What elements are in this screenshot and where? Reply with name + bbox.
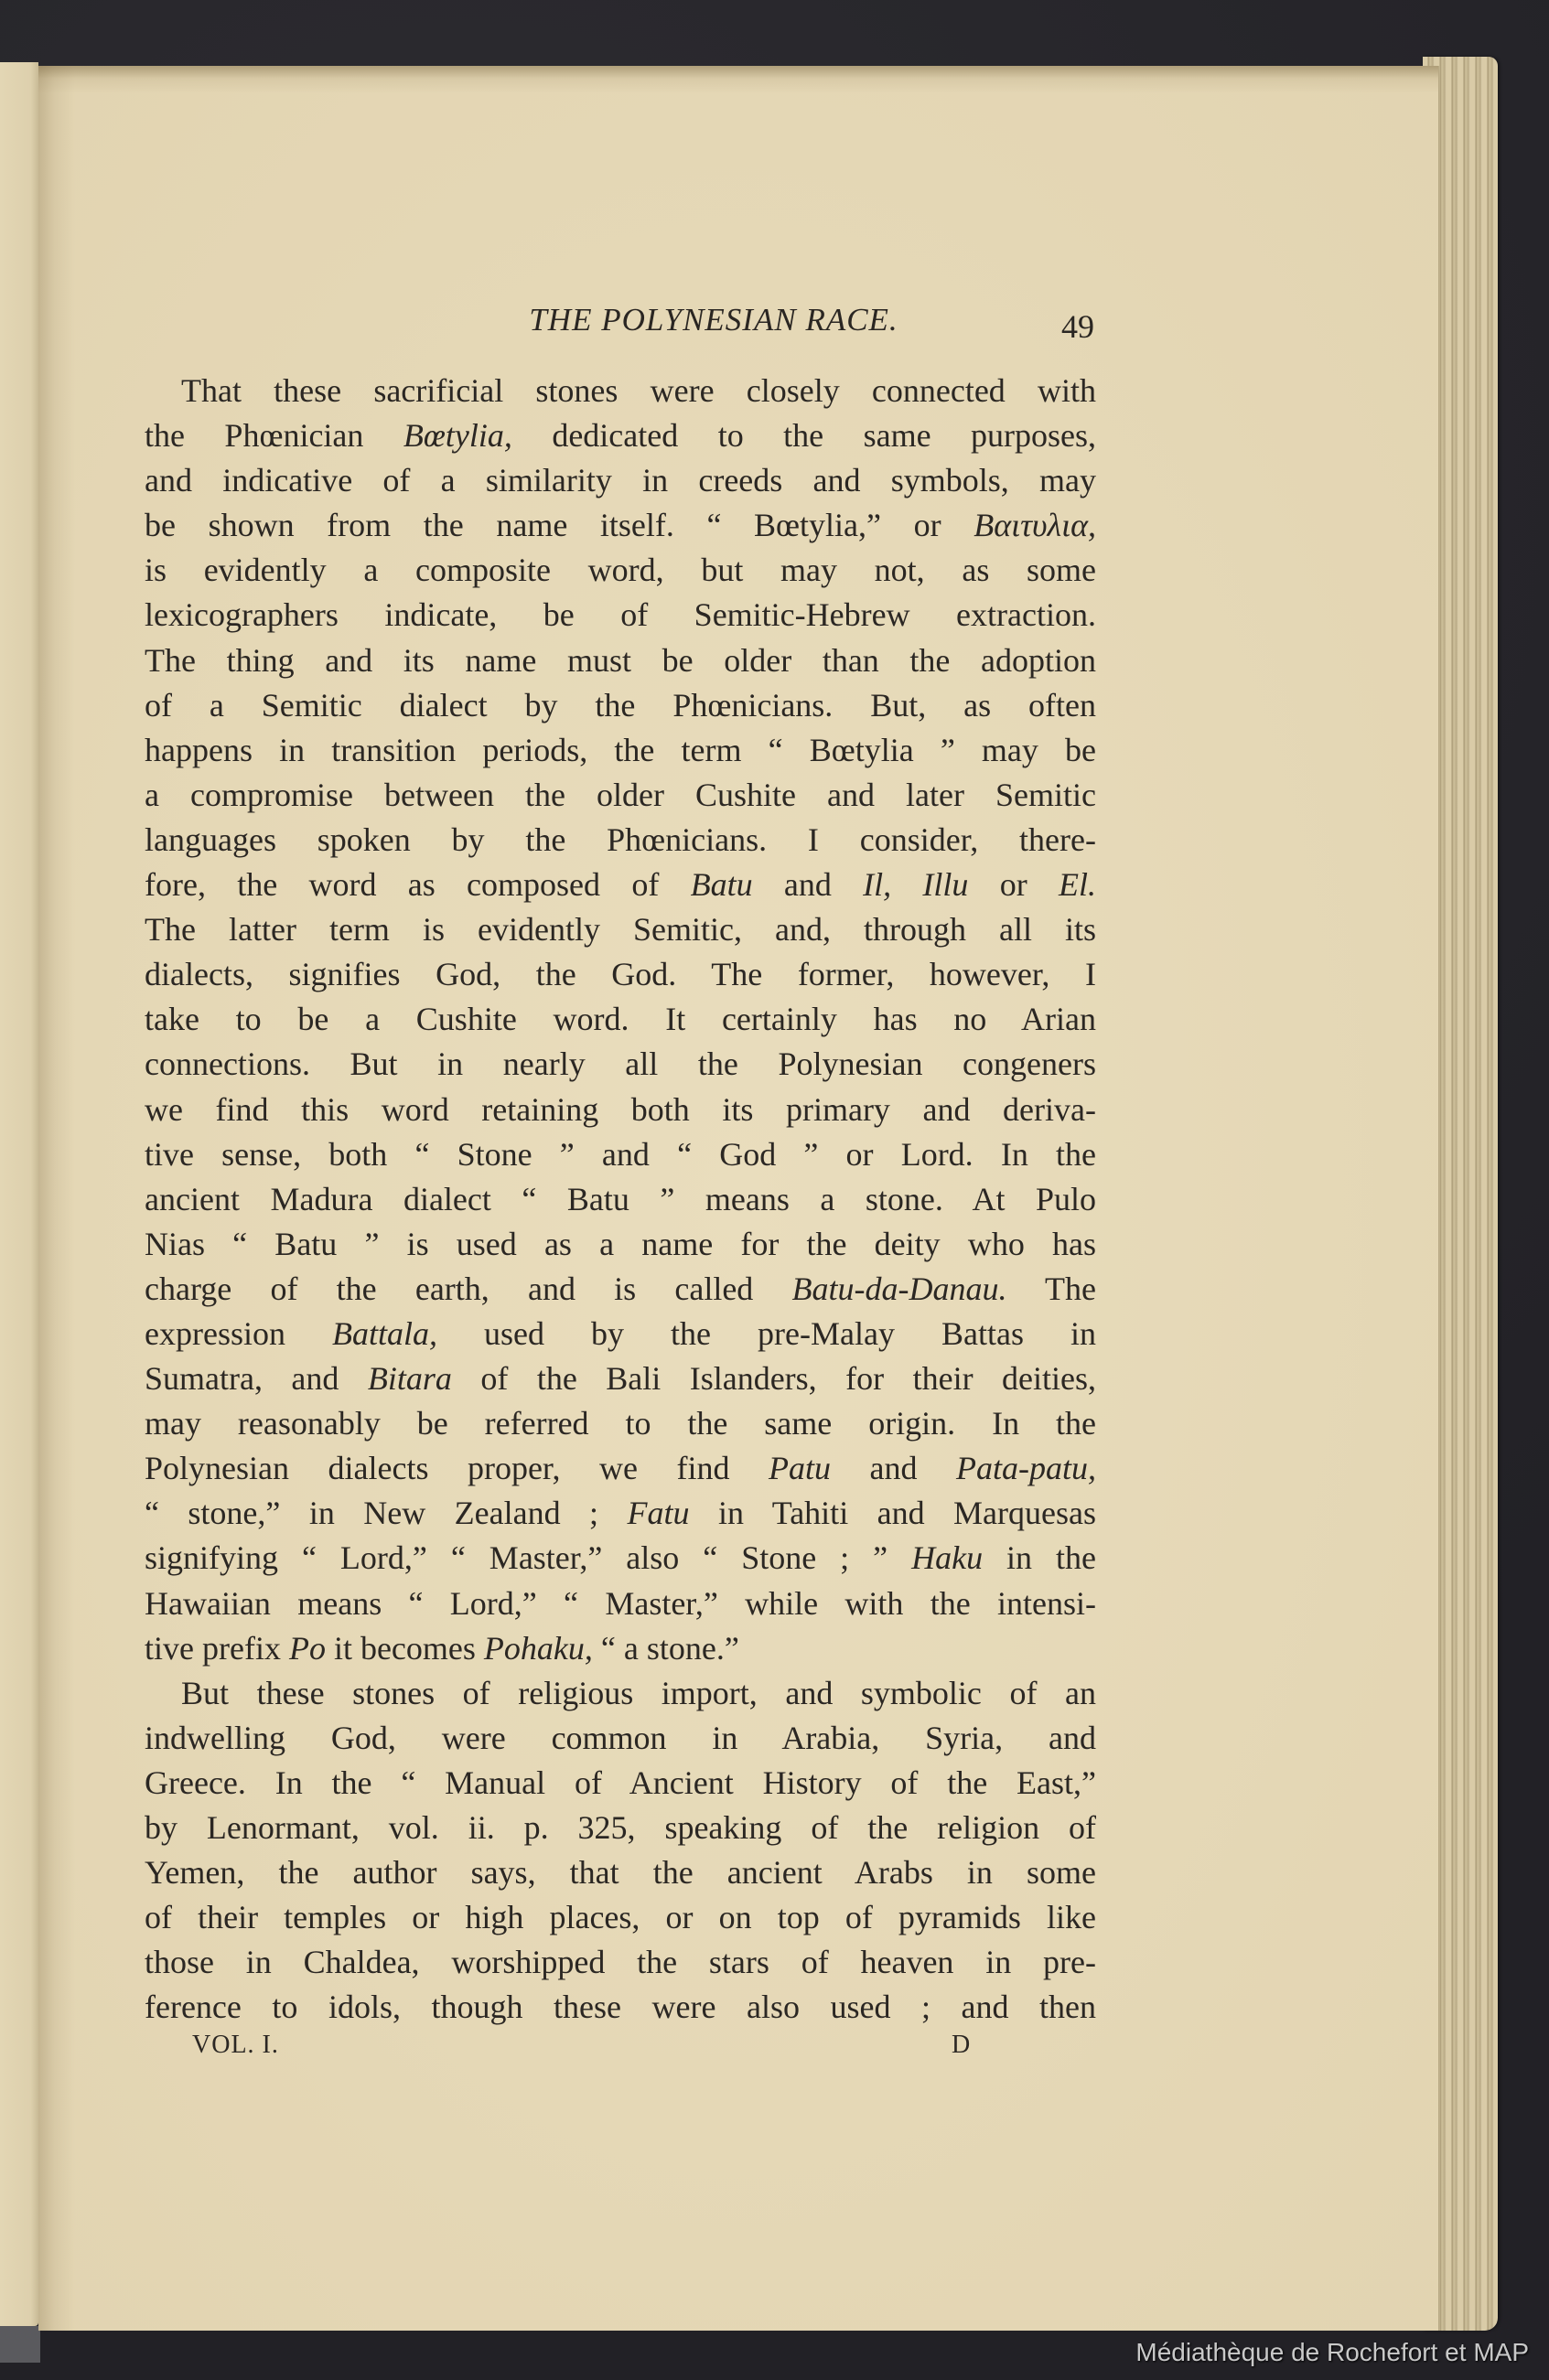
text-line: those in Chaldea, worshipped the stars o… [145, 1940, 1096, 1985]
text-run: languages spoken by the Phœnicians. I co… [145, 821, 1096, 858]
text-run: tive sense, both “ Stone ” and “ God ” o… [145, 1136, 1096, 1173]
italic-term: El. [1059, 866, 1096, 903]
text-run: Sumatra, and [145, 1360, 368, 1397]
text-run: ancient Madura dialect “ Batu ” means a … [145, 1181, 1096, 1217]
italic-term: Pata-patu, [956, 1450, 1096, 1486]
text-run: those in Chaldea, worshipped the stars o… [145, 1944, 1096, 1980]
text-run: and indicative of a similarity in creeds… [145, 462, 1096, 499]
italic-term: Batu-da-Danau. [792, 1270, 1007, 1307]
facing-page-edge [0, 62, 38, 2326]
italic-term: Battala, [332, 1315, 437, 1352]
text-run: used by the pre-Malay Battas in [437, 1315, 1096, 1352]
text-run: dialects, signifies God, the God. The fo… [145, 956, 1096, 992]
text-run: is evidently a composite word, but may n… [145, 552, 1096, 588]
text-run: But these stones of religious import, an… [181, 1675, 1096, 1711]
text-line: is evidently a composite word, but may n… [145, 548, 1096, 593]
text-run: The latter term is evidently Semitic, an… [145, 911, 1096, 948]
text-run: “ a stone.” [593, 1630, 739, 1667]
text-run: That these sacrificial stones were close… [181, 372, 1096, 409]
text-line: Hawaiian means “ Lord,” “ Master,” while… [145, 1581, 1096, 1626]
text-run: in the [983, 1539, 1096, 1576]
watermark-credit: Médiathèque de Rochefort et MAP [1135, 2338, 1529, 2367]
text-run: Polynesian dialects proper, we find [145, 1450, 769, 1486]
text-line: ancient Madura dialect “ Batu ” means a … [145, 1177, 1096, 1222]
text-run: lexicographers indicate, be of Semitic-H… [145, 596, 1096, 633]
text-run: The [1006, 1270, 1096, 1307]
italic-term: Pohaku, [484, 1630, 593, 1667]
text-line: The latter term is evidently Semitic, an… [145, 907, 1096, 952]
text-run: ference to idols, though these were also… [145, 1989, 1096, 2025]
text-run: Hawaiian means “ Lord,” “ Master,” while… [145, 1585, 1096, 1622]
text-run: of a Semitic dialect by the Phœnicians. … [145, 687, 1096, 724]
book-cover-edge [0, 2326, 40, 2363]
text-run: happens in transition periods, the term … [145, 732, 1096, 768]
italic-term: Batu [691, 866, 753, 903]
italic-term: Bitara [368, 1360, 452, 1397]
text-line: by Lenormant, vol. ii. p. 325, speaking … [145, 1806, 1096, 1850]
text-run: of the Bali Islanders, for their deities… [452, 1360, 1096, 1397]
text-line: take to be a Cushite word. It certainly … [145, 997, 1096, 1042]
text-line: Greece. In the “ Manual of Ancient Histo… [145, 1761, 1096, 1806]
text-line: may reasonably be referred to the same o… [145, 1401, 1096, 1446]
text-line: dialects, signifies God, the God. The fo… [145, 952, 1096, 997]
text-line: indwelling God, were common in Arabia, S… [145, 1716, 1096, 1761]
text-run: the Phœnician [145, 417, 403, 454]
text-run: and [753, 866, 864, 903]
text-line: charge of the earth, and is called Batu-… [145, 1267, 1096, 1312]
text-line: tive sense, both “ Stone ” and “ God ” o… [145, 1132, 1096, 1177]
text-line: tive prefix Po it becomes Pohaku, “ a st… [145, 1626, 1096, 1671]
text-run: in Tahiti and Marquesas [690, 1495, 1097, 1531]
text-line: Nias “ Batu ” is used as a name for the … [145, 1222, 1096, 1267]
text-line: Polynesian dialects proper, we find Patu… [145, 1446, 1096, 1491]
text-line: But these stones of religious import, an… [145, 1671, 1096, 1716]
italic-term: Bœtylia, [403, 417, 512, 454]
text-line: Sumatra, and Bitara of the Bali Islander… [145, 1356, 1096, 1401]
text-run: by Lenormant, vol. ii. p. 325, speaking … [145, 1809, 1096, 1846]
text-run: of their temples or high places, or on t… [145, 1899, 1096, 1935]
text-run: expression [145, 1315, 332, 1352]
text-run: or [968, 866, 1059, 903]
text-run: and [831, 1450, 956, 1486]
text-line: of a Semitic dialect by the Phœnicians. … [145, 683, 1096, 728]
text-run: be shown from the name itself. “ Bœtylia… [145, 507, 974, 543]
text-run: it becomes [326, 1630, 484, 1667]
italic-term: Haku [911, 1539, 983, 1576]
text-run: Yemen, the author says, that the ancient… [145, 1854, 1096, 1891]
text-line: happens in transition periods, the term … [145, 728, 1096, 773]
text-line: the Phœnician Bœtylia, dedicated to the … [145, 413, 1096, 458]
body-text: That these sacrificial stones were close… [145, 369, 1096, 2030]
text-run: dedicated to the same purposes, [512, 417, 1096, 454]
page-number: 49 [1061, 307, 1094, 346]
text-line: a compromise between the older Cushite a… [145, 773, 1096, 818]
text-line: expression Battala, used by the pre-Mala… [145, 1312, 1096, 1356]
text-run: The thing and its name must be older tha… [145, 642, 1096, 679]
italic-term: Βαιτυλια, [974, 507, 1096, 543]
text-run: signifying “ Lord,” “ Master,” also “ St… [145, 1539, 911, 1576]
text-run: fore, the word as composed of [145, 866, 691, 903]
text-line: fore, the word as composed of Batu and I… [145, 863, 1096, 907]
italic-term: Fatu [628, 1495, 690, 1531]
text-line: connections. But in nearly all the Polyn… [145, 1042, 1096, 1087]
italic-term: Il, Illu [863, 866, 968, 903]
italic-term: Po [289, 1630, 326, 1667]
text-run: may reasonably be referred to the same o… [145, 1405, 1096, 1442]
text-run: connections. But in nearly all the Polyn… [145, 1045, 1096, 1082]
text-line: languages spoken by the Phœnicians. I co… [145, 818, 1096, 863]
text-line: “ stone,” in New Zealand ; Fatu in Tahit… [145, 1491, 1096, 1536]
text-line: we find this word retaining both its pri… [145, 1088, 1096, 1132]
italic-term: Patu [769, 1450, 831, 1486]
text-line: of their temples or high places, or on t… [145, 1895, 1096, 1940]
text-run: charge of the earth, and is called [145, 1270, 792, 1307]
text-line: That these sacrificial stones were close… [145, 369, 1096, 413]
text-line: Yemen, the author says, that the ancient… [145, 1850, 1096, 1895]
text-line: and indicative of a similarity in creeds… [145, 458, 1096, 503]
text-line: The thing and its name must be older tha… [145, 638, 1096, 683]
text-run: Nias “ Batu ” is used as a name for the … [145, 1226, 1096, 1262]
text-run: take to be a Cushite word. It certainly … [145, 1001, 1096, 1037]
text-run: Greece. In the “ Manual of Ancient Histo… [145, 1764, 1096, 1801]
text-line: ference to idols, though these were also… [145, 1985, 1096, 2030]
footer-volume: VOL. I. [192, 2031, 279, 2060]
text-run: indwelling God, were common in Arabia, S… [145, 1720, 1096, 1756]
text-run: “ stone,” in New Zealand ; [145, 1495, 628, 1531]
text-line: lexicographers indicate, be of Semitic-H… [145, 593, 1096, 638]
text-line: signifying “ Lord,” “ Master,” also “ St… [145, 1536, 1096, 1581]
footer-signature: D [952, 2031, 970, 2060]
text-line: be shown from the name itself. “ Bœtylia… [145, 503, 1096, 548]
text-run: a compromise between the older Cushite a… [145, 777, 1096, 813]
text-run: we find this word retaining both its pri… [145, 1091, 1096, 1128]
text-run: tive prefix [145, 1630, 289, 1667]
running-head: THE POLYNESIAN RACE. [366, 302, 1061, 338]
